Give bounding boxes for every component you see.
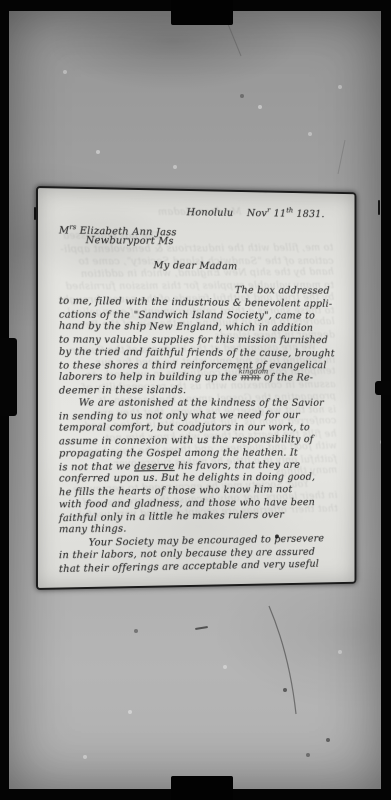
dateline-day: 11: [274, 209, 287, 220]
strike-line-post: of the Re-: [261, 373, 314, 384]
dateline-year: 1831.: [296, 209, 324, 220]
deserve-line-post: his favors, that they are: [175, 459, 301, 471]
letter-page: HonoluluNovr 11th 1831. Mrs Elizabeth An…: [36, 186, 356, 590]
dateline-month-sup: r: [267, 206, 270, 214]
paragraph1-opening: The box addressed: [235, 285, 347, 298]
microfilm-scan: HonoluluNovr 11th 1831. Mrs Elizabeth An…: [0, 0, 391, 800]
edge-tick-right: [378, 200, 380, 215]
correction: kingdommm: [241, 373, 261, 386]
film-edge-right-step: [375, 381, 391, 395]
struck-illegible-word: mm: [241, 373, 261, 384]
sprocket-notch-bottom: [171, 776, 233, 800]
letter-line: to these shores a third reinforcement of…: [59, 360, 347, 373]
recipient-title: M: [59, 225, 69, 236]
letter-line: to many valuable supplies for this missi…: [59, 335, 347, 348]
letter-line: by the tried and faithful friends of the…: [59, 346, 347, 360]
paragraph2-opening: We are astonished at the kindness of the…: [79, 397, 347, 410]
film-edge-right: [381, 0, 391, 800]
deserve-line-pre: is not that we: [59, 461, 134, 473]
scratch-dash: [195, 626, 208, 630]
recipient-address: Newburyport Ms: [86, 235, 347, 250]
letter-line: deemer in these islands.: [59, 385, 347, 399]
letter-content: HonoluluNovr 11th 1831. Mrs Elizabeth An…: [38, 188, 355, 588]
ink-blot: [275, 534, 279, 538]
underlined-word-deserve: deserve: [134, 461, 175, 472]
dateline: HonoluluNovr 11th 1831.: [187, 203, 347, 218]
salutation: My dear Madam: [154, 260, 347, 275]
dateline-day-sup: th: [286, 206, 293, 214]
film-edge-left-step: [0, 338, 17, 416]
strike-line-pre: laborers to help in building up the: [59, 372, 241, 384]
dirt-specks: [9, 11, 11, 13]
dateline-month: Nov: [247, 208, 267, 219]
letter-line-with-correction: laborers to help in building up the king…: [59, 372, 347, 386]
sprocket-notch-top: [171, 0, 233, 25]
dateline-place: Honolulu: [187, 207, 234, 218]
